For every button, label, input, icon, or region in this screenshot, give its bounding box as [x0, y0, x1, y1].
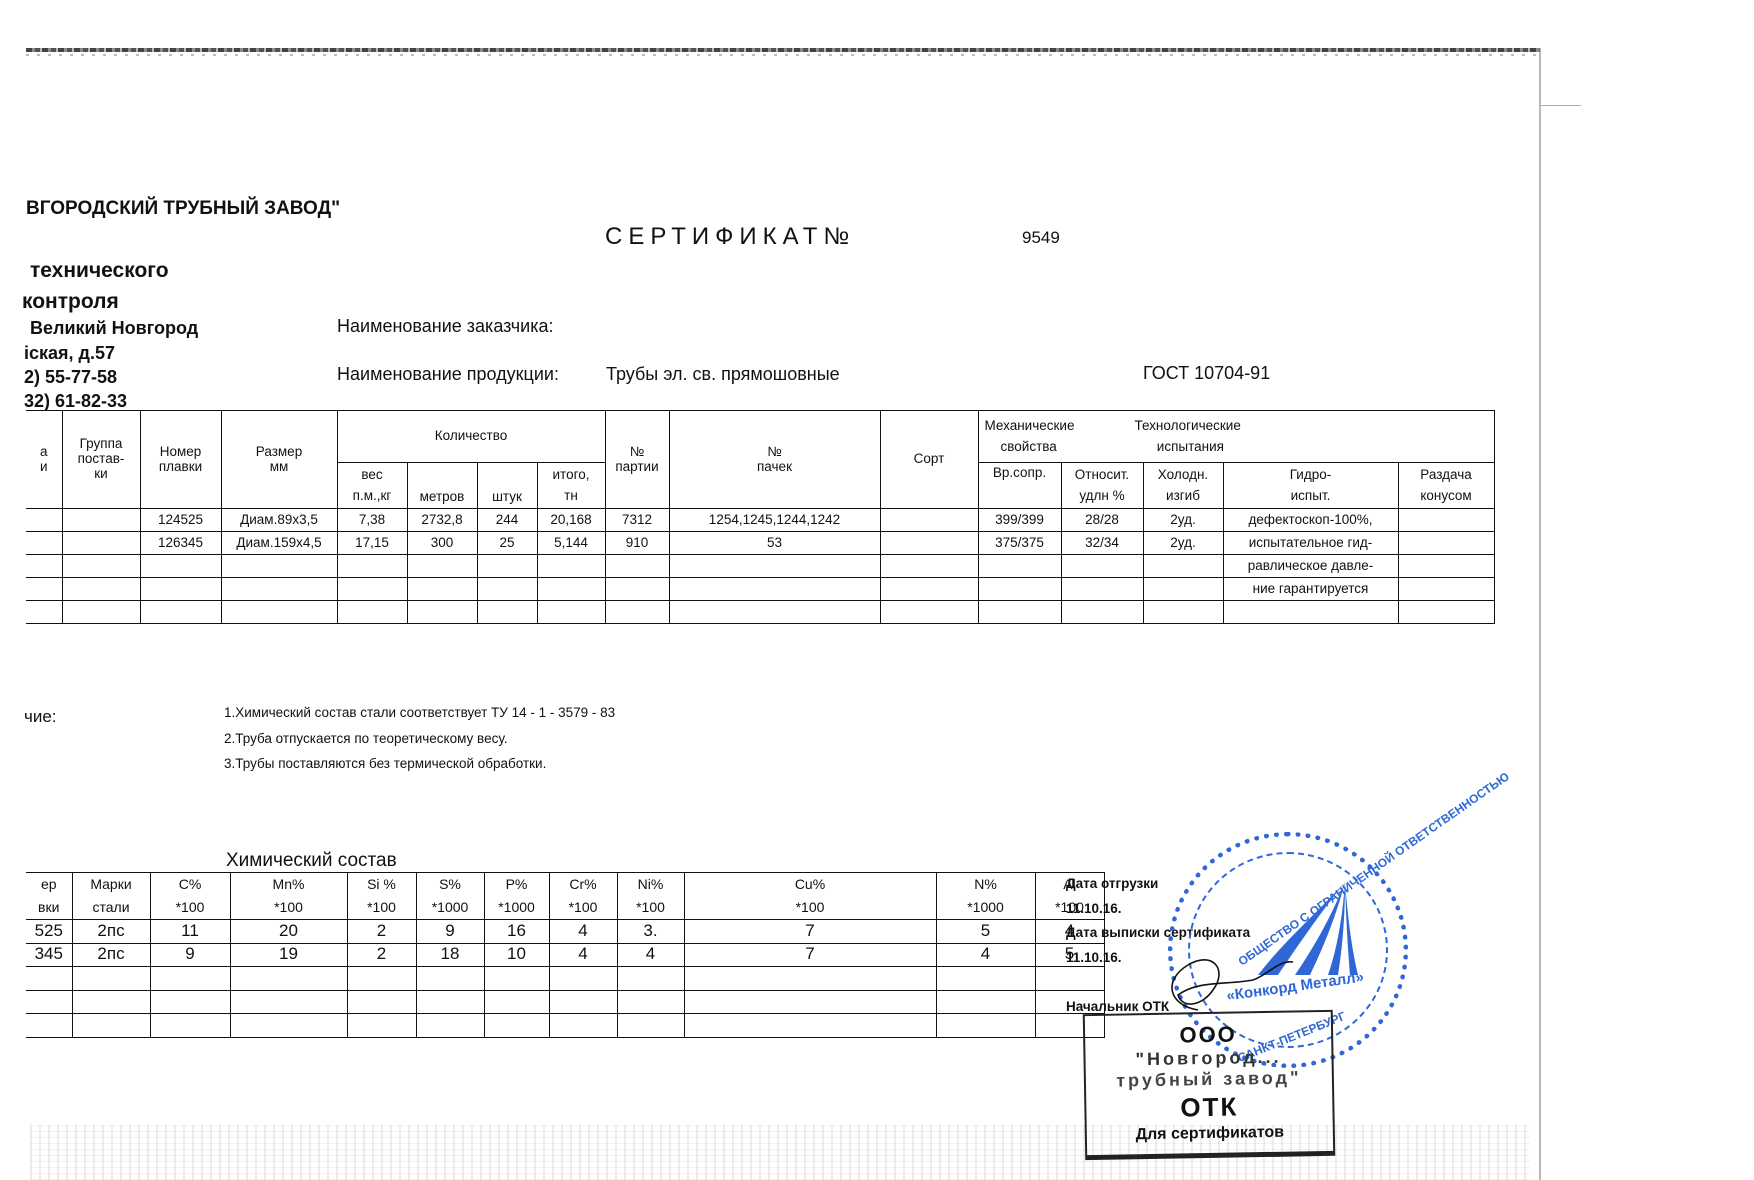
cell-total — [537, 555, 605, 578]
cell-heat: 124525 — [140, 509, 221, 532]
chem-cell — [936, 990, 1035, 1014]
header-tensile: Вр.сопр. — [978, 463, 1061, 509]
cell-bend — [1143, 555, 1223, 578]
chem-cell — [26, 990, 72, 1014]
header-elongation: Относит.удлн % — [1061, 463, 1143, 509]
qc-stamp-rect: ООО "Новгород... трубный завод" ОТК Для … — [1083, 1010, 1336, 1160]
cell-size: Диам.89х3,5 — [221, 509, 337, 532]
chem-header-cell: *100 — [684, 896, 936, 920]
cell-tensile: 375/375 — [978, 532, 1061, 555]
table-row: равлическое давле- — [26, 555, 1494, 578]
cell-grade — [880, 509, 978, 532]
chem-cell: 9 — [416, 920, 484, 944]
cell-tensile — [978, 555, 1061, 578]
note-1: 1.Химический состав стали соответствует … — [224, 705, 615, 720]
chem-cell: 4 — [549, 943, 617, 967]
chem-cell: 3. — [617, 920, 684, 944]
table-row — [26, 967, 1104, 991]
chem-cell — [72, 967, 150, 991]
chem-cell — [150, 990, 230, 1014]
cell-hydro: равлическое давле- — [1223, 555, 1398, 578]
cell-col0 — [26, 578, 62, 601]
issue-date-value: 11.10.16. — [1066, 950, 1122, 965]
chem-cell — [484, 990, 549, 1014]
cell-weight — [337, 578, 407, 601]
chem-cell — [150, 1014, 230, 1038]
chem-header-cell: S% — [416, 873, 484, 897]
cell-elongation — [1061, 555, 1143, 578]
chem-cell — [26, 967, 72, 991]
cell-bend: 2уд. — [1143, 532, 1223, 555]
chem-cell — [230, 1014, 347, 1038]
cell-meters — [407, 578, 477, 601]
scan-edge-tick — [1541, 105, 1581, 106]
cell-size — [221, 555, 337, 578]
cell-meters: 2732,8 — [407, 509, 477, 532]
header-bend: Холодн.изгиб — [1143, 463, 1223, 509]
chem-cell — [72, 1014, 150, 1038]
chem-header-row: вкистали*100*100*100*1000*1000*100*100*1… — [26, 896, 1104, 920]
cell-group — [62, 509, 140, 532]
chem-cell — [150, 967, 230, 991]
chem-cell — [347, 967, 416, 991]
cell-col0 — [26, 601, 62, 624]
chem-cell: 7 — [684, 943, 936, 967]
cell-tensile: 399/399 — [978, 509, 1061, 532]
cell-group — [62, 555, 140, 578]
chem-cell — [684, 967, 936, 991]
chem-cell: 11 — [150, 920, 230, 944]
chem-header-cell: Si % — [347, 873, 416, 897]
cell-hydro: дефектоскоп-100%, — [1223, 509, 1398, 532]
cell-total — [537, 578, 605, 601]
chem-cell — [617, 967, 684, 991]
cell-pieces — [477, 578, 537, 601]
cell-total — [537, 601, 605, 624]
table-row — [26, 990, 1104, 1014]
certificate-number: 9549 — [1022, 228, 1060, 248]
chem-header-cell: *1000 — [484, 896, 549, 920]
ship-date-value: 11.10.16. — [1066, 901, 1122, 916]
cell-col0 — [26, 532, 62, 555]
cell-tensile — [978, 578, 1061, 601]
cell-heat: 126345 — [140, 532, 221, 555]
cell-grade — [880, 578, 978, 601]
header-mech-tech: МеханическиеТехнологические свойстваиспы… — [978, 411, 1494, 463]
scan-edge-top — [26, 48, 1540, 52]
department-line-1: технического — [30, 259, 169, 283]
cell-size — [221, 601, 337, 624]
header-weight: весп.м.,кг — [337, 463, 407, 509]
header-cone: Раздачаконусом — [1398, 463, 1494, 509]
chem-cell — [484, 967, 549, 991]
cell-batch: 910 — [605, 532, 669, 555]
header-col0: аи — [26, 411, 62, 509]
chem-cell — [936, 967, 1035, 991]
cell-group — [62, 601, 140, 624]
chem-cell: 18 — [416, 943, 484, 967]
chem-cell — [684, 990, 936, 1014]
chem-cell: 4 — [549, 920, 617, 944]
chem-cell: 2 — [347, 943, 416, 967]
cell-tensile — [978, 601, 1061, 624]
cell-col0 — [26, 509, 62, 532]
chem-header-cell: стали — [72, 896, 150, 920]
chem-table-body: ерМаркиС%Mn%Si %S%P%Cr%Ni%Cu%N%Alвкистал… — [26, 873, 1104, 1038]
chem-table-title: Химический состав — [226, 850, 397, 872]
gost-standard: ГОСТ 10704-91 — [1143, 363, 1270, 384]
signature-icon — [1158, 950, 1298, 1020]
certificate-title: СЕРТИФИКАТ№ — [605, 223, 855, 251]
cell-weight — [337, 555, 407, 578]
cell-bundles: 1254,1245,1244,1242 — [669, 509, 880, 532]
department-line-2: контроля — [22, 290, 119, 314]
cell-weight: 17,15 — [337, 532, 407, 555]
product-label: Наименование продукции: — [337, 364, 559, 385]
table-row: 3452пс9192181044745 — [26, 943, 1104, 967]
chem-header-cell: Ni% — [617, 873, 684, 897]
chem-cell — [617, 1014, 684, 1038]
cell-weight — [337, 601, 407, 624]
chem-header-cell: Cr% — [549, 873, 617, 897]
chem-header-row: ерМаркиС%Mn%Si %S%P%Cr%Ni%Cu%N%Al — [26, 873, 1104, 897]
cell-pieces: 25 — [477, 532, 537, 555]
cell-elongation: 32/34 — [1061, 532, 1143, 555]
cell-batch — [605, 555, 669, 578]
chem-cell — [347, 990, 416, 1014]
chem-header-cell: ер — [26, 873, 72, 897]
chem-header-cell: *100 — [230, 896, 347, 920]
chem-cell — [416, 1014, 484, 1038]
chem-header-cell: *100 — [347, 896, 416, 920]
chem-cell: 7 — [684, 920, 936, 944]
note-3: 3.Трубы поставляются без термической обр… — [224, 756, 546, 771]
chem-cell: 2пс — [72, 920, 150, 944]
cell-cone — [1398, 555, 1494, 578]
cell-batch — [605, 578, 669, 601]
table-row: 5252пс1120291643.754 — [26, 920, 1104, 944]
chem-cell: 4 — [936, 943, 1035, 967]
header-grade: Сорт — [880, 411, 978, 509]
chem-cell — [617, 990, 684, 1014]
cell-cone — [1398, 532, 1494, 555]
chem-header-cell: С% — [150, 873, 230, 897]
cell-batch: 7312 — [605, 509, 669, 532]
table-row: 126345Диам.159х4,517,15300255,1449105337… — [26, 532, 1494, 555]
chem-cell: 5 — [936, 920, 1035, 944]
header-pieces: штук — [477, 463, 537, 509]
header-hydro: Гидро-испыт. — [1223, 463, 1398, 509]
chem-cell: 10 — [484, 943, 549, 967]
chem-cell — [549, 967, 617, 991]
cell-batch — [605, 601, 669, 624]
chem-header-cell: Марки — [72, 873, 150, 897]
cell-grade — [880, 532, 978, 555]
chem-header-cell: *1000 — [416, 896, 484, 920]
chem-cell: 345 — [26, 943, 72, 967]
chem-header-cell: *100 — [150, 896, 230, 920]
cell-meters — [407, 601, 477, 624]
cell-hydro: испытательное гид- — [1223, 532, 1398, 555]
scan-edge-right — [1539, 48, 1541, 1180]
chem-cell — [347, 1014, 416, 1038]
table-row: ние гарантируется — [26, 578, 1494, 601]
address-phone-2: 32) 61-82-33 — [24, 391, 127, 412]
chem-header-cell: *100 — [617, 896, 684, 920]
scan-noise-top — [26, 54, 1540, 56]
header-total: итого,тн — [537, 463, 605, 509]
address-phone-1: 2) 55-77-58 — [24, 367, 117, 388]
cell-meters: 300 — [407, 532, 477, 555]
chem-cell — [416, 990, 484, 1014]
chem-cell — [230, 990, 347, 1014]
cell-bend: 2уд. — [1143, 509, 1223, 532]
chem-cell: 2пс — [72, 943, 150, 967]
chem-cell: 525 — [26, 920, 72, 944]
qc-head-label: Начальник ОТК — [1066, 999, 1169, 1014]
product-value: Трубы эл. св. прямошовные — [606, 364, 840, 385]
ship-date-label: Дата отгрузки — [1066, 876, 1158, 891]
chem-header-cell: Mn% — [230, 873, 347, 897]
header-batch: №партии — [605, 411, 669, 509]
chem-cell — [1035, 967, 1104, 991]
cell-grade — [880, 555, 978, 578]
stamp-rect-line-5: Для сертификатов — [1087, 1123, 1333, 1145]
cell-cone — [1398, 578, 1494, 601]
cell-pieces — [477, 601, 537, 624]
chem-cell: 16 — [484, 920, 549, 944]
chem-header-cell: вки — [26, 896, 72, 920]
chem-cell: 2 — [347, 920, 416, 944]
cell-group — [62, 532, 140, 555]
cell-heat — [140, 601, 221, 624]
cell-cone — [1398, 601, 1494, 624]
product-table-body: 124525Диам.89х3,57,382732,824420,1687312… — [26, 509, 1494, 624]
header-meters: метров — [407, 463, 477, 509]
chem-cell: 19 — [230, 943, 347, 967]
cell-elongation — [1061, 578, 1143, 601]
chem-cell: 4 — [617, 943, 684, 967]
cell-grade — [880, 601, 978, 624]
cell-size: Диам.159х4,5 — [221, 532, 337, 555]
header-heat: Номерплавки — [140, 411, 221, 509]
header-bundles: №пачек — [669, 411, 880, 509]
header-group: Группапостав-ки — [62, 411, 140, 509]
chem-cell — [549, 1014, 617, 1038]
cell-bend — [1143, 578, 1223, 601]
cell-bundles — [669, 578, 880, 601]
chem-header-cell: *100 — [549, 896, 617, 920]
chem-cell — [230, 967, 347, 991]
chem-cell — [26, 1014, 72, 1038]
chem-cell: 20 — [230, 920, 347, 944]
table-row — [26, 601, 1494, 624]
cell-total: 20,168 — [537, 509, 605, 532]
chem-header-cell: N% — [936, 873, 1035, 897]
header-quantity: Количество — [337, 411, 605, 463]
cell-elongation: 28/28 — [1061, 509, 1143, 532]
chem-table: ерМаркиС%Mn%Si %S%P%Cr%Ni%Cu%N%Alвкистал… — [26, 872, 1105, 1038]
cell-meters — [407, 555, 477, 578]
cell-bundles: 53 — [669, 532, 880, 555]
chem-cell — [936, 1014, 1035, 1038]
header-size: Размермм — [221, 411, 337, 509]
cell-heat — [140, 555, 221, 578]
cell-bundles — [669, 555, 880, 578]
company-name: ВГОРОДСКИЙ ТРУБНЫЙ ЗАВОД" — [26, 198, 340, 220]
address-street: іская, д.57 — [24, 343, 115, 364]
chem-cell — [484, 1014, 549, 1038]
cell-hydro — [1223, 601, 1398, 624]
chem-cell — [416, 967, 484, 991]
customer-label: Наименование заказчика: — [337, 316, 554, 337]
cell-group — [62, 578, 140, 601]
cell-col0 — [26, 555, 62, 578]
chem-cell: 9 — [150, 943, 230, 967]
stamp-rect-line-4: ОТК — [1086, 1090, 1333, 1125]
chem-header-cell: P% — [484, 873, 549, 897]
cell-elongation — [1061, 601, 1143, 624]
cell-bundles — [669, 601, 880, 624]
chem-cell — [684, 1014, 936, 1038]
cell-bend — [1143, 601, 1223, 624]
chem-header-cell: *1000 — [936, 896, 1035, 920]
cell-pieces: 244 — [477, 509, 537, 532]
cell-heat — [140, 578, 221, 601]
table-row: 124525Диам.89х3,57,382732,824420,1687312… — [26, 509, 1494, 532]
cell-hydro: ние гарантируется — [1223, 578, 1398, 601]
chem-cell — [549, 990, 617, 1014]
cell-size — [221, 578, 337, 601]
chem-header-cell: Cu% — [684, 873, 936, 897]
product-table: аи Группапостав-ки Номерплавки Размермм … — [26, 410, 1495, 624]
cell-total: 5,144 — [537, 532, 605, 555]
notes-label: чие: — [24, 707, 57, 727]
cell-cone — [1398, 509, 1494, 532]
cell-weight: 7,38 — [337, 509, 407, 532]
table-row — [26, 1014, 1104, 1038]
chem-cell — [72, 990, 150, 1014]
address-city: Великий Новгород — [30, 318, 198, 339]
cell-pieces — [477, 555, 537, 578]
stamp-rect-line-3: трубный завод" — [1086, 1067, 1332, 1092]
note-2: 2.Труба отпускается по теоретическому ве… — [224, 731, 507, 746]
